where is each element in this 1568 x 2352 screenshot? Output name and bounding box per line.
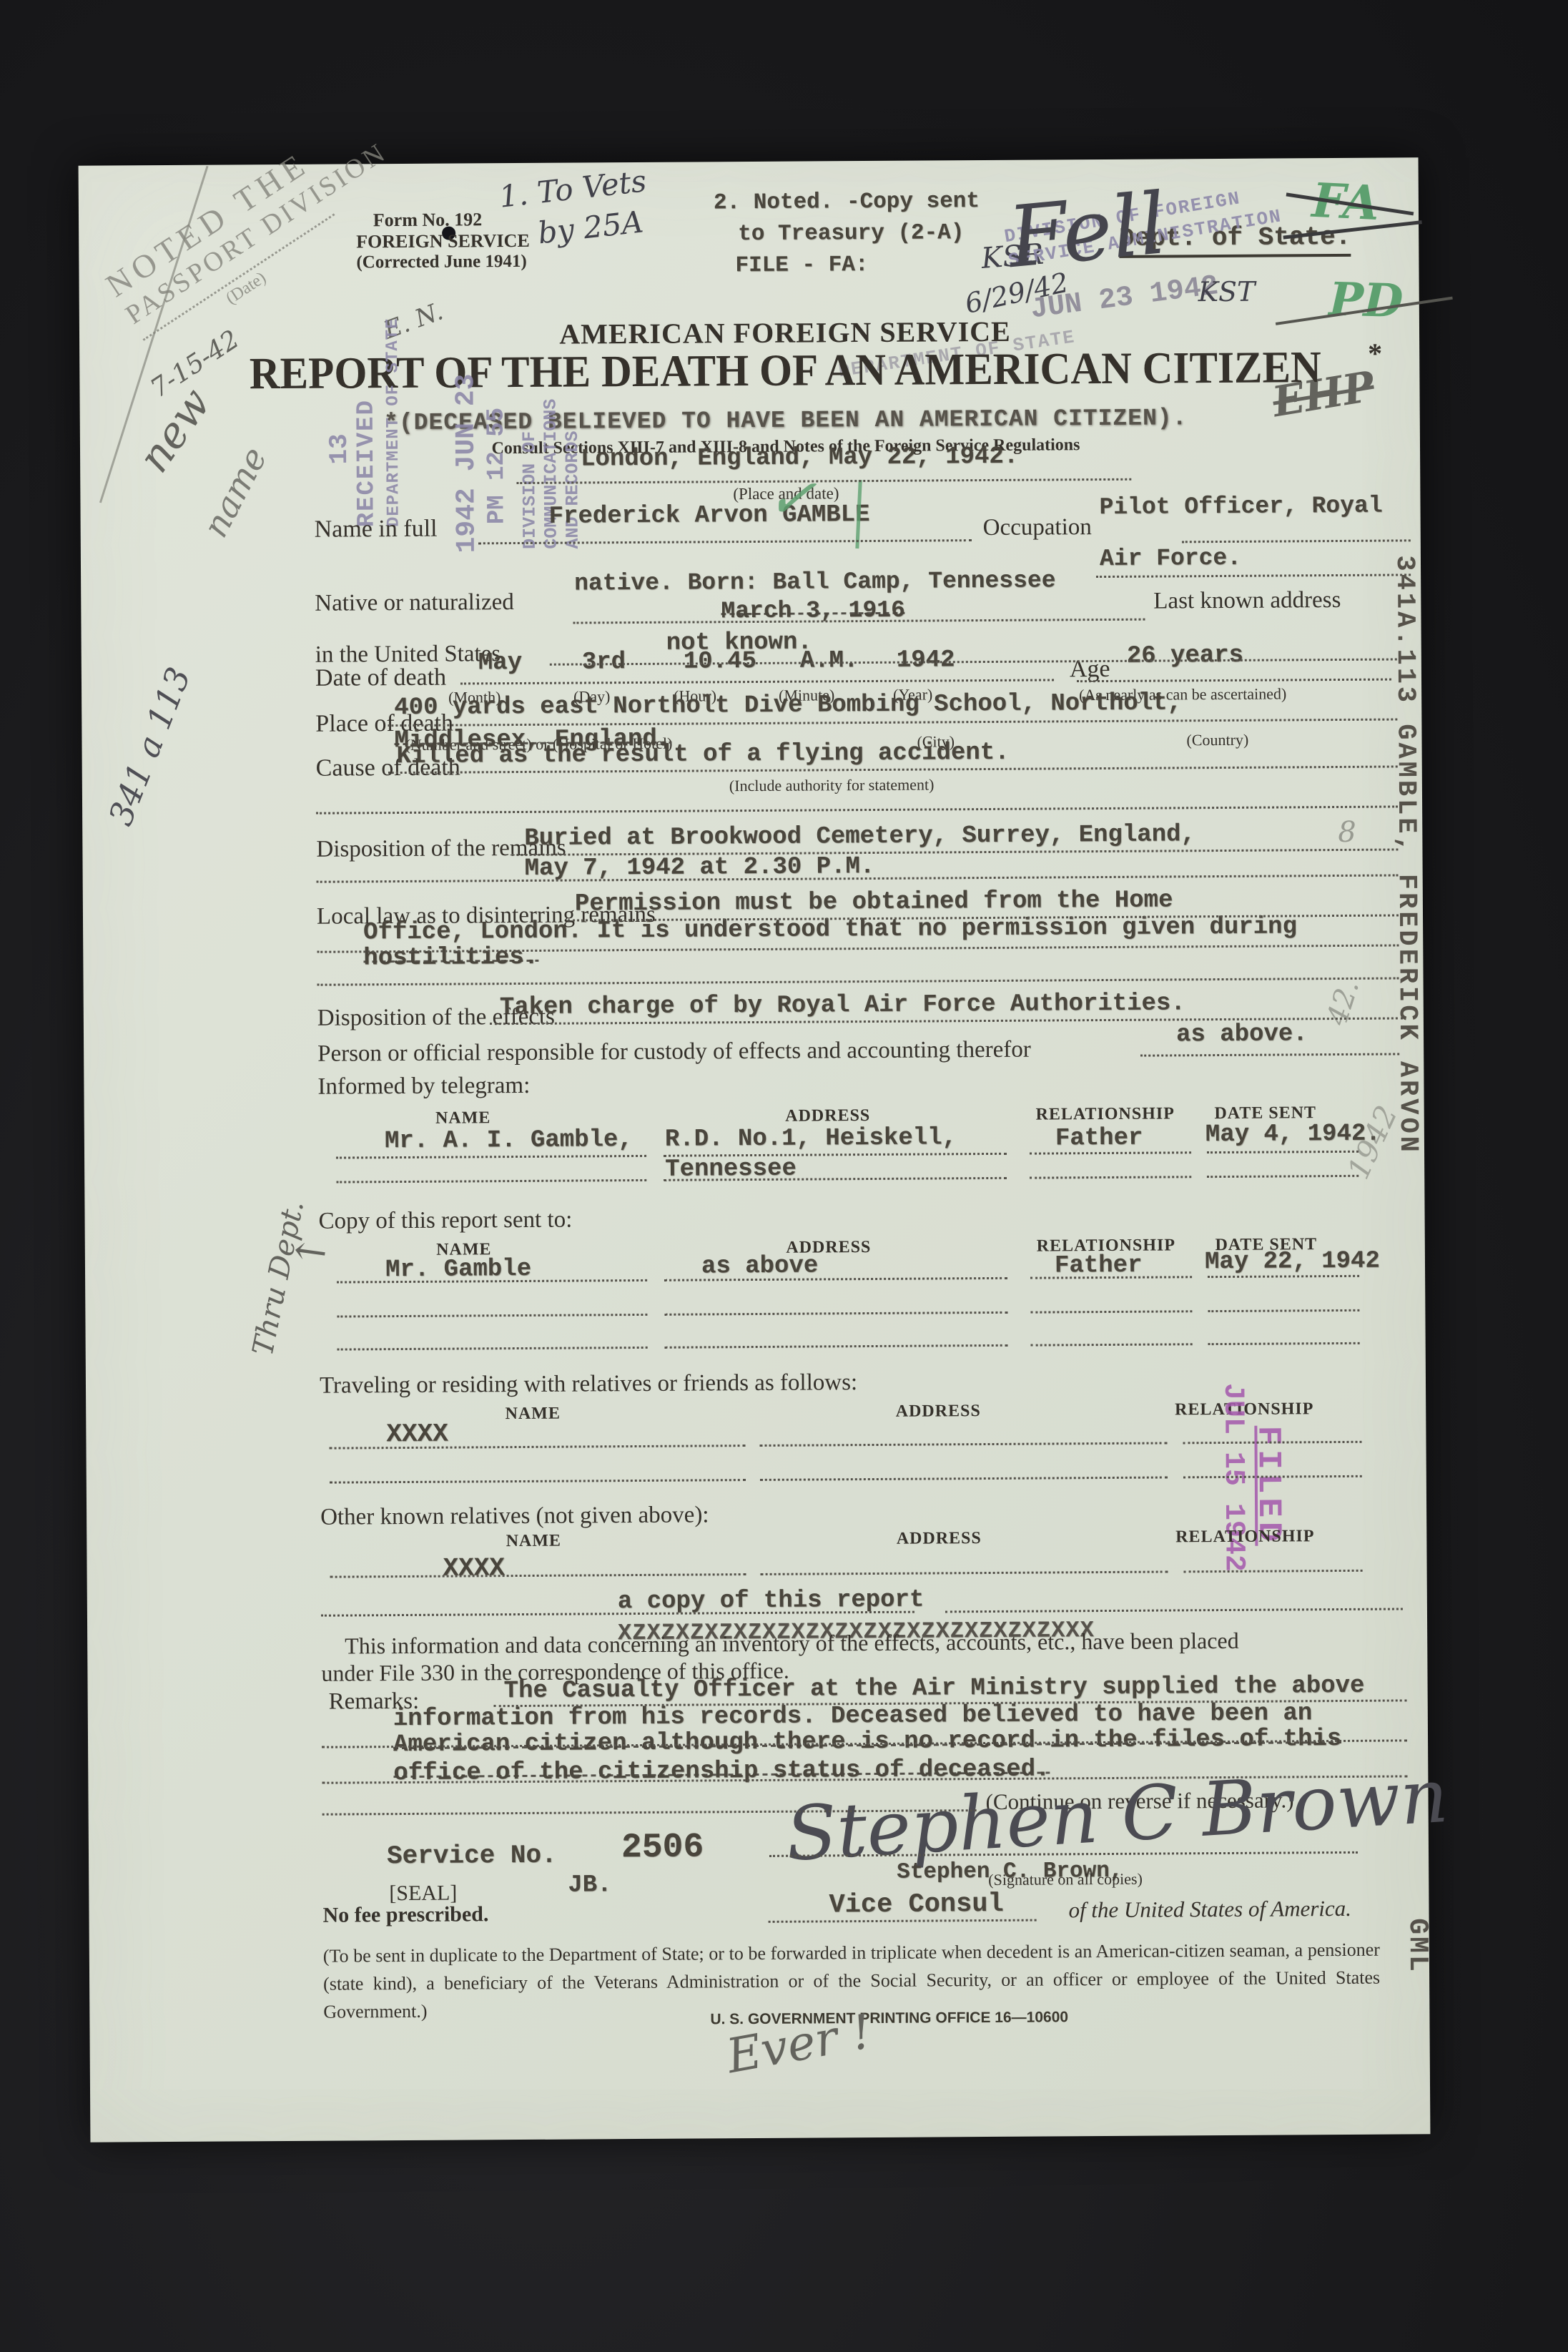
dotted-rule xyxy=(665,1344,1008,1349)
copy-row-address: as above xyxy=(701,1252,818,1280)
dotted-rule xyxy=(1207,1175,1359,1178)
jb-initials: JB. xyxy=(568,1871,611,1899)
vice-consul-typed: Vice Consul xyxy=(829,1889,1004,1920)
dotted-rule xyxy=(550,658,1397,665)
signature-sublabel: (Signature on all copies) xyxy=(988,1870,1143,1889)
green-checkmark: ✓ xyxy=(764,463,819,535)
law-value-line3: hostilities. xyxy=(363,944,538,972)
handwritten-new: new xyxy=(129,379,221,481)
received-date-line1: 1942 JUN 23 xyxy=(451,310,483,553)
occupation-label: Occupation xyxy=(983,514,1092,541)
dotted-rule xyxy=(1182,539,1411,543)
last-known-address-label: Last known address xyxy=(1153,587,1341,615)
dotted-rule xyxy=(330,1479,746,1484)
received-stamp: RECEIVED DEPARTMENT OF STATE xyxy=(353,298,408,527)
telegram-row-name: Mr. A. I. Gamble, xyxy=(385,1126,633,1155)
other-header-address: ADDRESS xyxy=(897,1529,982,1549)
date-of-death-label: Date of death xyxy=(315,664,446,692)
info-paragraph-line1: This information and data concerning an … xyxy=(345,1628,1239,1660)
traveling-title: Traveling or residing with relatives or … xyxy=(320,1369,857,1399)
dotted-rule xyxy=(664,1312,1007,1316)
dotted-rule xyxy=(1077,679,1391,683)
typed-noted-line2: to Treasury (2-A) xyxy=(738,220,964,247)
copy-row-date: May 22, 1942 xyxy=(1205,1248,1380,1276)
service-no-value: 2506 xyxy=(621,1828,704,1867)
document-paper: Form No. 192 FOREIGN SERVICE (Corrected … xyxy=(79,157,1431,2142)
effects-value: Taken charge of by Royal Air Force Autho… xyxy=(500,990,1185,1021)
pod-value-line1: 400 yards east Northolt Dive Bombing Sch… xyxy=(394,689,1182,722)
pod-sub-country: (Country) xyxy=(1186,731,1248,750)
received-stamp-line1: RECEIVED xyxy=(353,298,381,527)
dotted-rule xyxy=(1208,1309,1359,1312)
dotted-rule xyxy=(769,1919,1037,1923)
scan-background: Form No. 192 FOREIGN SERVICE (Corrected … xyxy=(0,0,1568,2352)
typed-noted-line1: 2. Noted. -Copy sent xyxy=(714,189,980,215)
other-row-xxxx: XXXX xyxy=(443,1553,505,1583)
dotted-rule xyxy=(317,977,1399,985)
filed-stamp-word: FILED xyxy=(1250,1382,1287,1611)
custody-label: Person or official responsible for custo… xyxy=(317,1037,1031,1068)
remains-value-line1: Buried at Brookwood Cemetery, Surrey, En… xyxy=(524,821,1195,852)
telegram-header-name: NAME xyxy=(435,1108,490,1128)
traveling-header-address: ADDRESS xyxy=(896,1402,981,1422)
law-value-line1: Permission must be obtained from the Hom… xyxy=(575,887,1173,917)
footer-instructions-line1: (To be sent in duplicate to the Departme… xyxy=(323,1939,1380,1967)
other-relatives-title: Other known relatives (not given above): xyxy=(320,1502,709,1530)
handwritten-8: 8 xyxy=(1338,816,1356,849)
dotted-rule xyxy=(1096,574,1411,578)
telegram-row-relationship: Father xyxy=(1055,1125,1143,1153)
telegram-row-address1: R.D. No.1, Heiskell, xyxy=(665,1124,957,1153)
dotted-rule xyxy=(1208,1342,1360,1345)
of-usa-label: of the United States of America. xyxy=(1068,1896,1351,1923)
noted-stamp-line1: NOTED THE xyxy=(99,104,375,305)
dotted-rule xyxy=(330,1573,746,1578)
dotted-rule xyxy=(664,1153,1007,1157)
dotted-rule xyxy=(1030,1151,1191,1154)
dotted-rule xyxy=(316,805,1398,814)
margin-gml: GML xyxy=(1402,1918,1434,2061)
margin-arrow: ← xyxy=(291,1226,330,1277)
dotted-rule xyxy=(336,1179,646,1184)
handwritten-thru-dept: Thru Dept. xyxy=(247,1198,311,1359)
margin-file-code: 341A.113 GAMBLE, FREDERICK ARVON xyxy=(1389,555,1425,1527)
handwritten-file-341a113: 341 a 113 xyxy=(101,662,198,831)
cause-sublabel: (Include authority for statement) xyxy=(729,775,935,795)
age-value: 26 years xyxy=(1127,642,1243,670)
handwritten-42: 42. xyxy=(1321,976,1366,1030)
dotted-rule xyxy=(760,1442,1168,1446)
handwritten-name-scrawl: name xyxy=(195,441,275,543)
dotted-rule xyxy=(460,679,1054,684)
dotted-rule xyxy=(337,1347,648,1351)
pod-value-line2: Middlesex, England. xyxy=(394,726,671,754)
telegram-header-relationship: RELATIONSHIP xyxy=(1035,1104,1174,1124)
dotted-rule xyxy=(1208,1275,1359,1278)
form-service: FOREIGN SERVICE xyxy=(356,230,499,252)
div-comm-line1: DIVISION OF xyxy=(518,328,541,549)
telegram-title: Informed by telegram: xyxy=(317,1073,530,1101)
dotted-rule xyxy=(1207,1151,1359,1153)
native-value-line1: native. Born: Ball Camp, Tennessee xyxy=(574,567,1056,596)
dotted-rule xyxy=(337,1314,647,1318)
handwritten-kst: KST xyxy=(1198,276,1256,307)
received-stamp-line2: DEPARTMENT OF STATE xyxy=(380,298,408,527)
dod-month: May xyxy=(478,649,522,676)
name-value: Frederick Arvon GAMBLE xyxy=(548,501,869,531)
dotted-rule xyxy=(1140,1053,1399,1056)
handwritten-note-by25a: by 25A xyxy=(536,204,645,250)
handwritten-signature-fell: Fell xyxy=(1004,174,1170,287)
copy-report-title: Copy of this report sent to: xyxy=(318,1207,572,1235)
dotted-rule xyxy=(516,478,1131,484)
form-corrected: (Corrected June 1941) xyxy=(356,252,499,272)
dotted-rule xyxy=(761,1570,1168,1575)
received-date-line2: PM 12 55 xyxy=(481,310,513,553)
occupation-value-line2: Air Force. xyxy=(1100,545,1241,572)
traveling-header-name: NAME xyxy=(506,1404,561,1424)
stamp-13: 13 xyxy=(325,433,354,464)
dotted-rule xyxy=(760,1476,1168,1480)
dotted-rule xyxy=(945,1608,1403,1613)
other-header-name: NAME xyxy=(506,1532,561,1551)
dotted-rule xyxy=(1031,1343,1193,1346)
typed-noted-line3: FILE - FA: xyxy=(735,252,868,278)
dotted-rule xyxy=(1030,1310,1192,1313)
received-date-stamp: 1942 JUN 23 PM 12 55 xyxy=(451,310,513,553)
other-header-relationship: RELATIONSHIP xyxy=(1175,1527,1314,1547)
dotted-rule xyxy=(1030,1176,1191,1179)
name-label: Name in full xyxy=(315,516,438,543)
traveling-row-xxxx: XXXX xyxy=(386,1419,448,1450)
filed-stamp-date: JUL 15 1942 xyxy=(1214,1383,1251,1612)
page-title: REPORT OF THE DEATH OF AN AMERICAN CITIZ… xyxy=(250,341,1321,400)
custody-value: as above. xyxy=(1176,1020,1308,1048)
service-no-label: Service No. xyxy=(387,1841,557,1871)
dotted-rule xyxy=(336,1155,646,1159)
filed-stamp: FILED JUL 15 1942 xyxy=(1214,1382,1287,1612)
no-fee-label: No fee prescribed. xyxy=(322,1902,488,1927)
native-label: Native or naturalized xyxy=(315,589,514,617)
title-asterisk: * xyxy=(1368,337,1382,370)
form-number-block: Form No. 192 FOREIGN SERVICE (Corrected … xyxy=(356,209,500,272)
occupation-value-line1: Pilot Officer, Royal xyxy=(1099,493,1382,521)
copy-row-relationship: Father xyxy=(1055,1252,1143,1280)
green-mark-pd: PD xyxy=(1328,272,1404,328)
telegram-header-address: ADDRESS xyxy=(785,1106,870,1126)
